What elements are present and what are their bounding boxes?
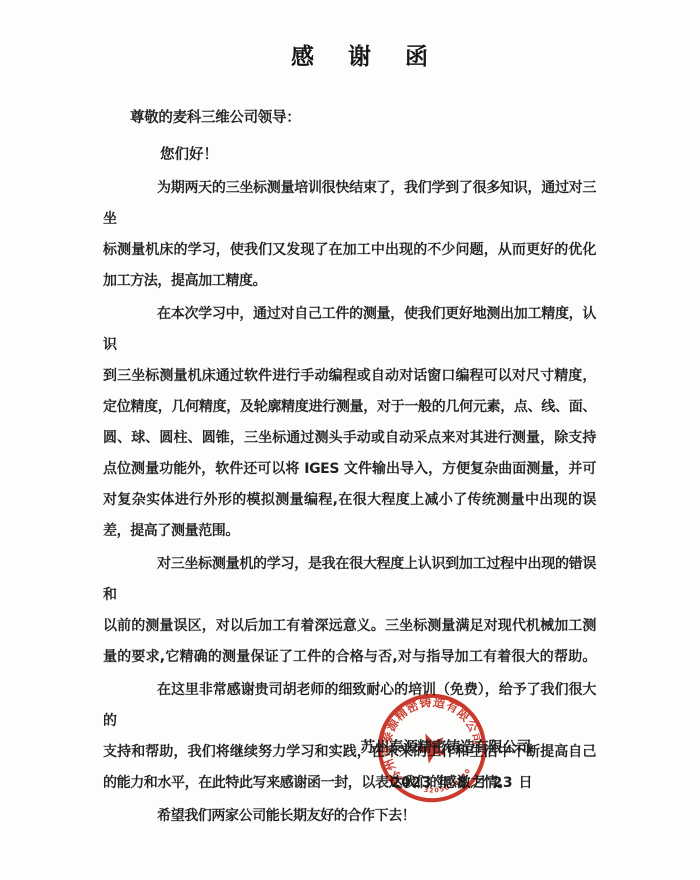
letter-salutation: 尊敬的麦科三维公司领导： bbox=[130, 108, 700, 128]
paragraph: 对三坐标测量机的学习，是我在很大程度上认识到加工过程中出现的错误和以前的测量误区… bbox=[103, 549, 596, 673]
body-line: 在这里非常感谢贵司胡老师的细致耐心的培训（免费），给予了我们很大的 bbox=[103, 675, 596, 737]
letter-greeting: 您们好！ bbox=[160, 145, 700, 165]
body-line: 点位测量功能外，软件还可以将 IGES 文件输出导入，方便复杂曲面测量，并可 bbox=[103, 454, 596, 485]
body-line: 差，提高了测量范围。 bbox=[103, 516, 596, 547]
paragraph: 在本次学习中，通过对自己工件的测量，使我们更好地测出加工精度，认识到三坐标测量机… bbox=[103, 299, 596, 547]
body-line: 到三坐标测量机床通过软件进行手动编程或自动对话窗口编程可以对尺寸精度， bbox=[103, 361, 596, 392]
body-line: 为期两天的三坐标测量培训很快结束了，我们学到了很多知识，通过对三坐 bbox=[103, 173, 596, 235]
body-line: 希望我们两家公司能长期友好的合作下去！ bbox=[103, 801, 596, 832]
body-line: 加工方法，提高加工精度。 bbox=[103, 266, 596, 297]
body-line: 对复杂实体进行外形的模拟测量编程,在很大程度上减小了传统测量中出现的误 bbox=[103, 485, 596, 516]
scanned-letter-page: 感 谢 函 尊敬的麦科三维公司领导： 您们好！ 为期两天的三坐标测量培训很快结束… bbox=[0, 0, 700, 880]
body-line: 在本次学习中，通过对自己工件的测量，使我们更好地测出加工精度，认识 bbox=[103, 299, 596, 361]
body-line: 量的要求,它精确的测量保证了工件的合格与否,对与指导加工有着很大的帮助。 bbox=[103, 642, 596, 673]
letter-title: 感 谢 函 bbox=[16, 42, 700, 72]
letter-body: 为期两天的三坐标测量培训很快结束了，我们学到了很多知识，通过对三坐标测量机床的学… bbox=[103, 173, 596, 832]
paragraph: 为期两天的三坐标测量培训很快结束了，我们学到了很多知识，通过对三坐标测量机床的学… bbox=[103, 173, 596, 297]
paragraph: 希望我们两家公司能长期友好的合作下去！ bbox=[103, 801, 596, 832]
body-line: 定位精度，几何精度，及轮廓精度进行测量，对于一般的几何元素，点、线、面、 bbox=[103, 392, 596, 423]
body-line: 对三坐标测量机的学习，是我在很大程度上认识到加工过程中出现的错误和 bbox=[103, 549, 596, 611]
signature-company-name: 苏州泰源精密铸造有限公司 bbox=[0, 736, 531, 757]
letter-date: 2023 年 8 月 23 日 bbox=[0, 772, 533, 792]
body-line: 圆、球、圆柱、圆锥，三坐标通过测头手动或自动采点来对其进行测量，除支持 bbox=[103, 423, 596, 454]
body-line: 标测量机床的学习，使我们又发现了在加工中出现的不少问题，从而更好的优化 bbox=[103, 235, 596, 266]
body-line: 以前的测量误区，对以后加工有着深远意义。三坐标测量满足对现代机械加工测 bbox=[103, 611, 596, 642]
